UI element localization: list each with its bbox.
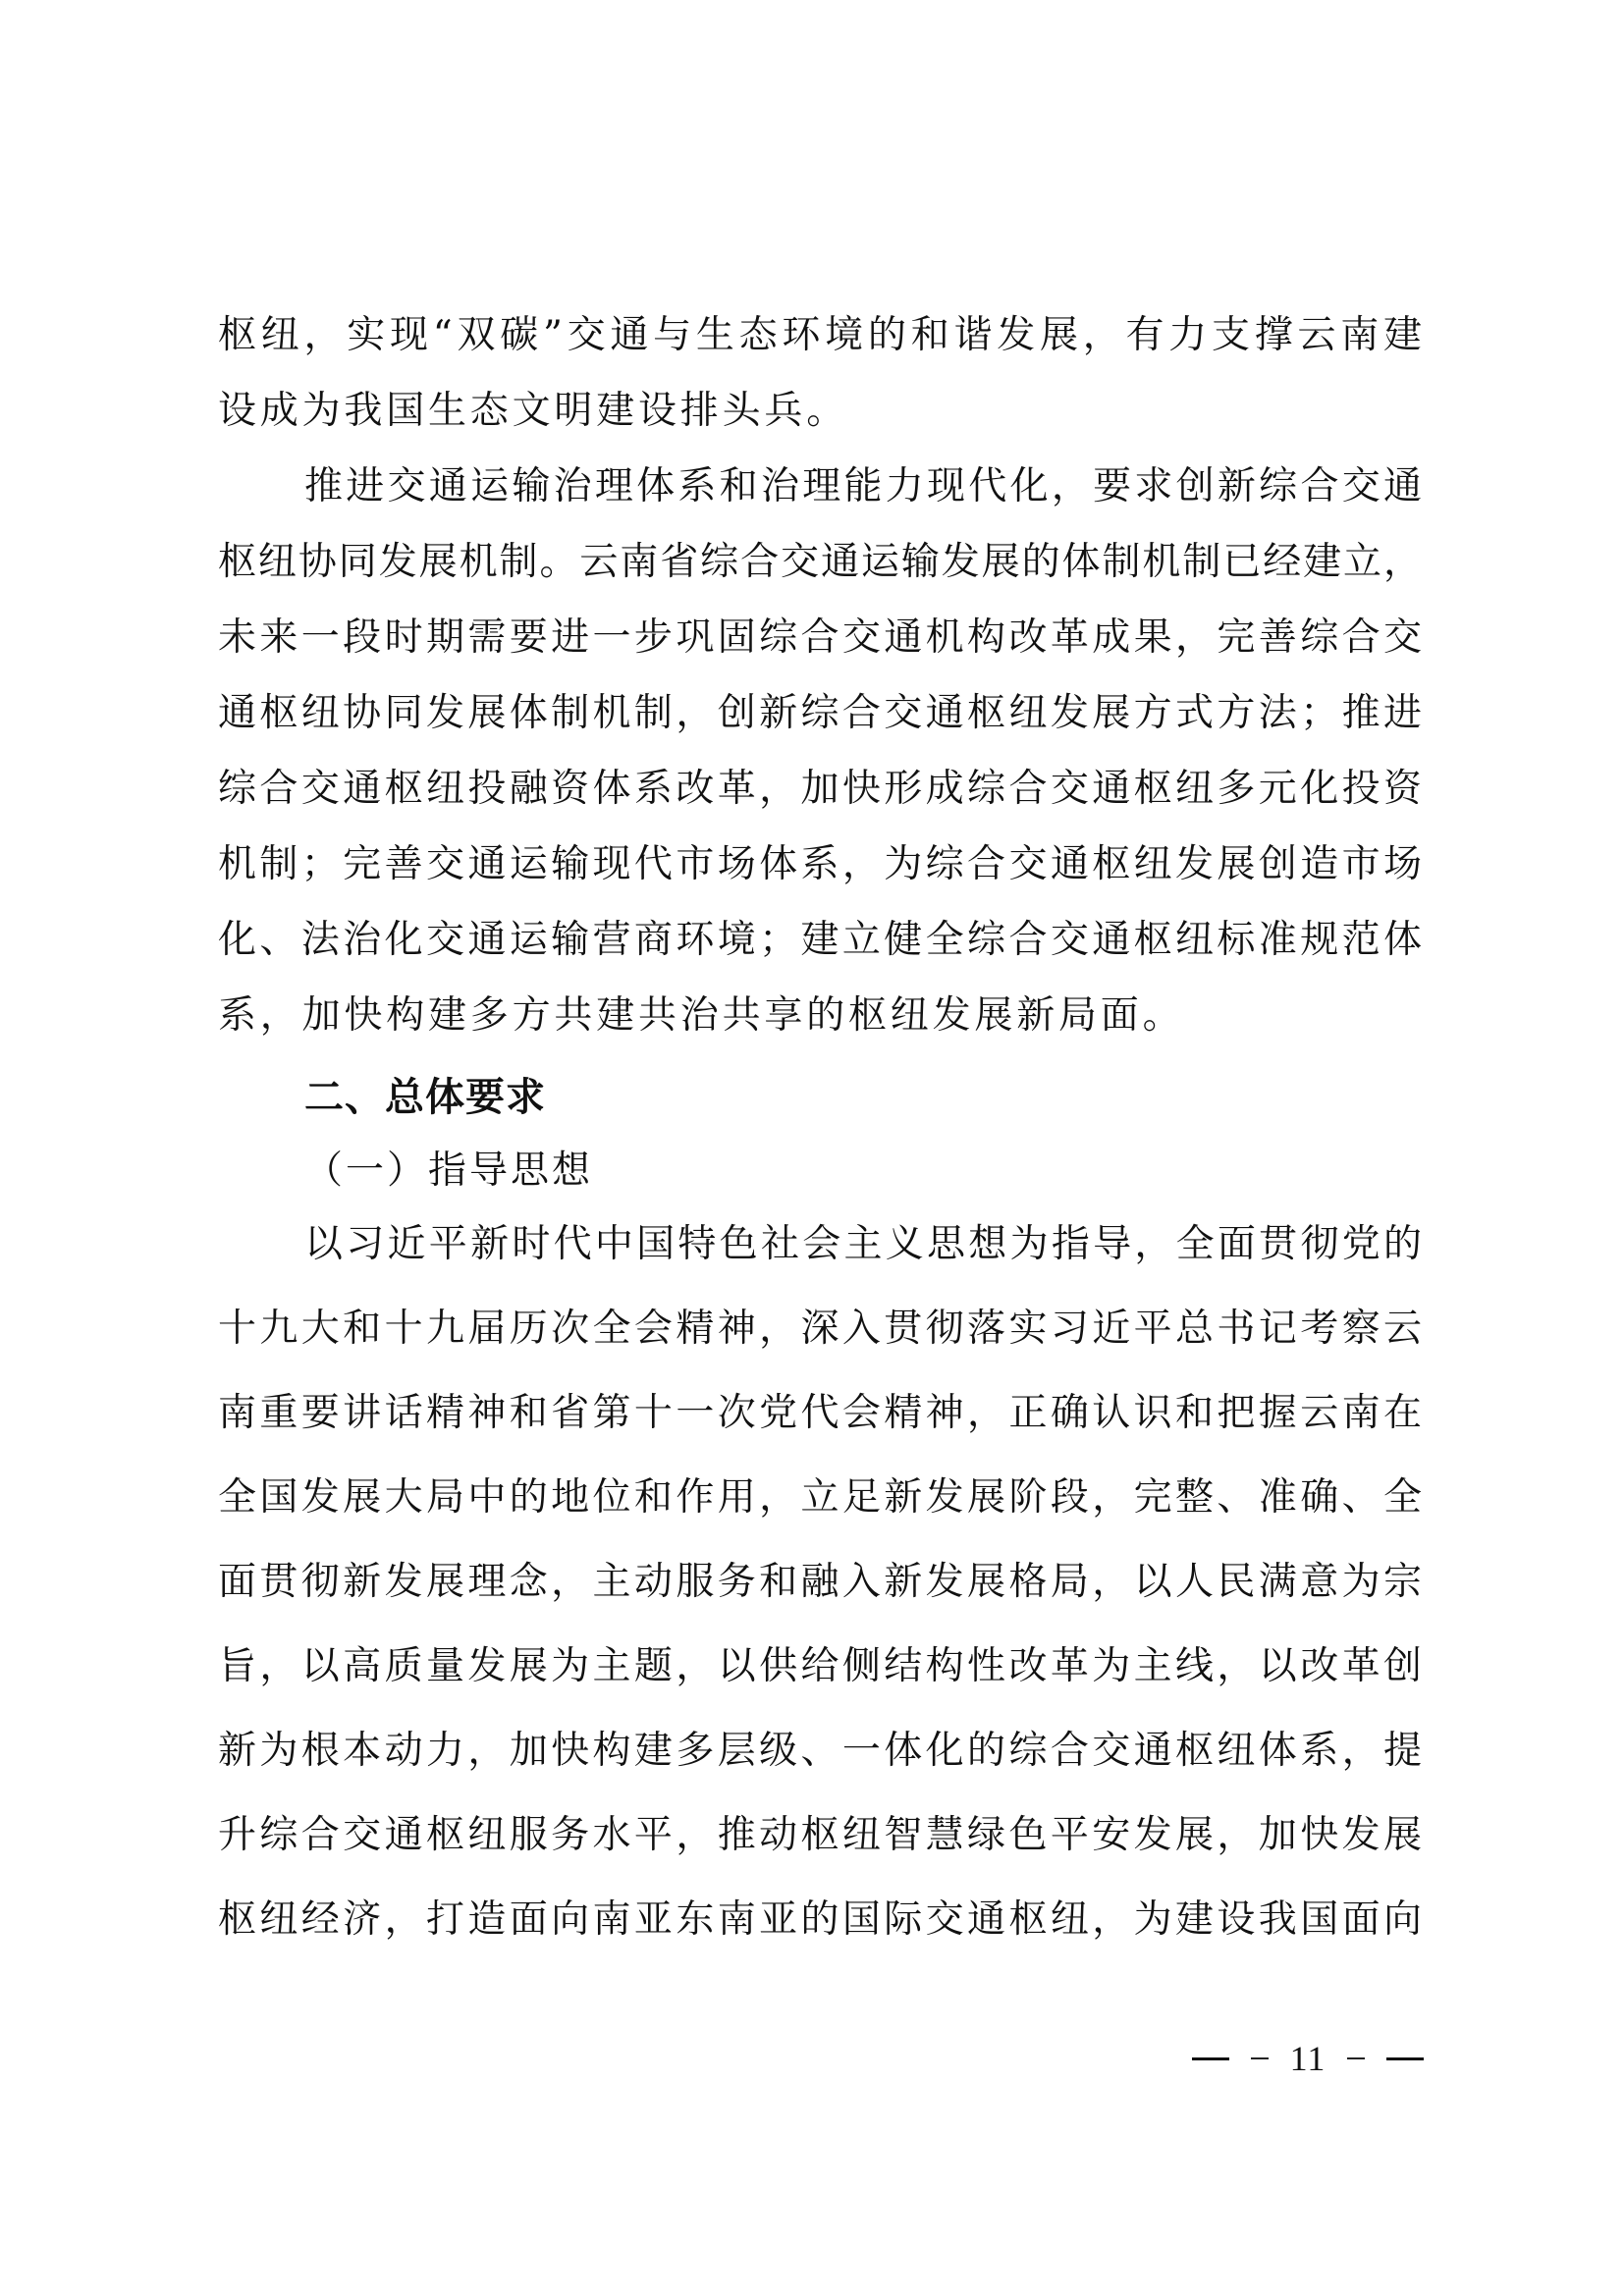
page-number-hyphen-right (1347, 2057, 1365, 2059)
document-page: 枢纽，实现“双碳”交通与生态环境的和谐发展，有力支撑云南建 设成为我国生态文明建… (0, 0, 1624, 2296)
section-heading: 二、总体要求 (304, 1070, 546, 1125)
paragraph-line: 旨，以高质量发展为主题，以供给侧结构性改革为主线，以改革创 (218, 1641, 1422, 1692)
page-number: 11 (1192, 2036, 1424, 2081)
page-number-hyphen-left (1251, 2057, 1269, 2059)
paragraph-line: 综合交通枢纽投融资体系改革，加快形成综合交通枢纽多元化投资 (218, 764, 1422, 815)
paragraph-line: 未来一段时期需要进一步巩固综合交通机构改革成果，完善综合交 (218, 613, 1422, 664)
page-number-dash-left (1192, 2057, 1229, 2060)
paragraph-line: 面贯彻新发展理念，主动服务和融入新发展格局，以人民满意为宗 (218, 1557, 1422, 1608)
paragraph-line: 十九大和十九届历次全会精神，深入贯彻落实习近平总书记考察云 (218, 1304, 1422, 1355)
paragraph-line: 机制；完善交通运输现代市场体系，为综合交通枢纽发展创造市场 (218, 839, 1422, 890)
subsection-heading: （一）指导思想 (304, 1146, 593, 1197)
paragraph-line: 升综合交通枢纽服务水平，推动枢纽智慧绿色平安发展，加快发展 (218, 1810, 1422, 1861)
paragraph-line: 枢纽协同发展机制。云南省综合交通运输发展的体制机制已经建立， (218, 537, 1422, 588)
paragraph-line: 以习近平新时代中国特色社会主义思想为指导，全面贯彻党的 (304, 1219, 1422, 1270)
paragraph-line: 新为根本动力，加快构建多层级、一体化的综合交通枢纽体系，提 (218, 1726, 1422, 1777)
paragraph-line: 通枢纽协同发展体制机制，创新综合交通枢纽发展方式方法；推进 (218, 688, 1422, 739)
paragraph-line: 枢纽，实现“双碳”交通与生态环境的和谐发展，有力支撑云南建 (218, 310, 1422, 361)
page-number-value: 11 (1290, 2038, 1326, 2079)
paragraph-line: 全国发展大局中的地位和作用，立足新发展阶段，完整、准确、全 (218, 1472, 1422, 1523)
paragraph-line: 化、法治化交通运输营商环境；建立健全综合交通枢纽标准规范体 (218, 915, 1422, 966)
page-number-dash-right (1386, 2057, 1424, 2060)
paragraph-line: 系，加快构建多方共建共治共享的枢纽发展新局面。 (218, 990, 1422, 1041)
paragraph-line: 枢纽经济，打造面向南亚东南亚的国际交通枢纽，为建设我国面向 (218, 1895, 1422, 1946)
paragraph-line: 设成为我国生态文明建设排头兵。 (218, 386, 1422, 437)
paragraph-line: 推进交通运输治理体系和治理能力现代化，要求创新综合交通 (304, 461, 1422, 512)
paragraph-line: 南重要讲话精神和省第十一次党代会精神，正确认识和把握云南在 (218, 1388, 1422, 1439)
